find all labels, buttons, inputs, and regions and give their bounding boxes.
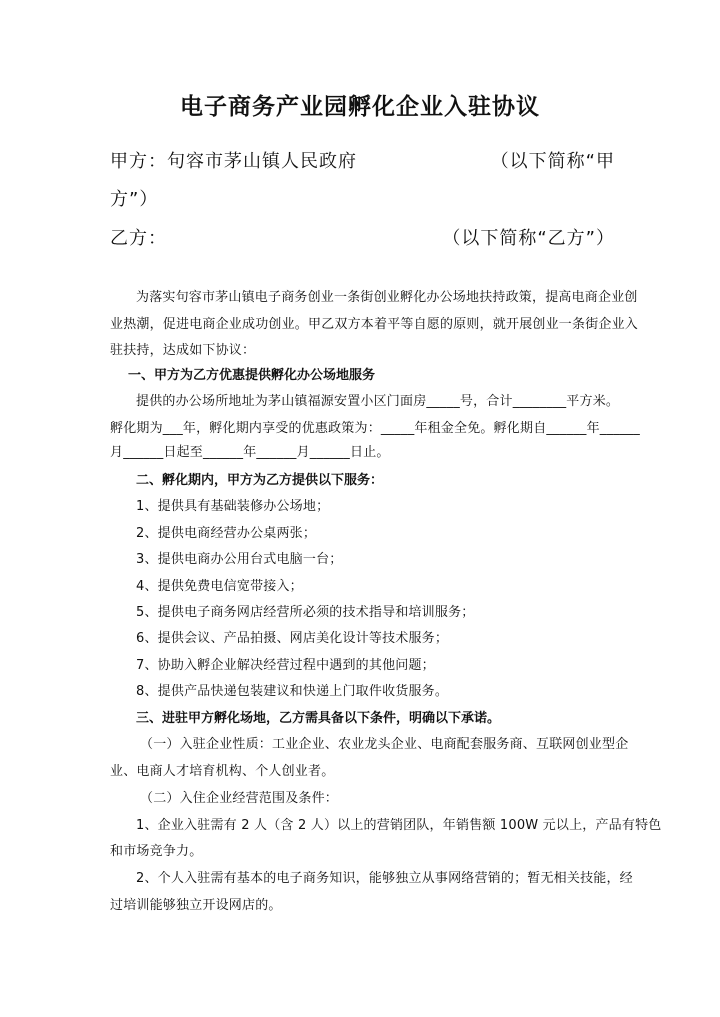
service-item: 1、提供具有基础装修办公场地；: [136, 500, 641, 513]
preamble-line-1: 为落实句容市茅山镇电子商务创业一条街创业孵化办公场地扶持政策，提高电商企业创: [110, 291, 641, 304]
service-item: 5、提供电子商务网店经营所必须的技术指导和培训服务；: [136, 606, 641, 619]
service-item: 2、提供电商经营办公桌两张；: [136, 527, 641, 540]
party-a-alias: （以下简称“甲: [491, 153, 615, 171]
service-item: 8、提供产品快递包装建议和快递上门取件收货服务。: [136, 685, 641, 698]
condition2-line-1: 2、个人入驻需有基本的电子商务知识，能够独立从事网络营销的；暂无相关技能，经: [110, 872, 641, 885]
party-a-line: 甲方：句容市茅山镇人民政府 （以下简称“甲: [110, 153, 615, 171]
preamble-line-3: 驻扶持，达成如下协议：: [110, 344, 615, 357]
section1-line-1: 提供的办公场所地址为茅山镇福源安置小区门面房_____号，合计________平…: [110, 395, 641, 408]
service-item: 6、提供会议、产品拍摄、网店美化设计等技术服务；: [136, 632, 641, 645]
section3-sub2-heading: （二）入住企业经营范围及条件：: [110, 792, 645, 805]
section3-heading: 三、进驻甲方孵化场地，乙方需具备以下条件，明确以下承诺。: [136, 712, 641, 725]
section1-heading: 一、甲方为乙方优惠提供孵化办公场地服务: [128, 369, 633, 382]
section1-line-3: 月______日起至______年______月______日止。: [110, 446, 615, 459]
section3-sub1-line-1: （一）入驻企业性质：工业企业、农业龙头企业、电商配套服务商、互联网创业型企: [110, 738, 645, 751]
preamble-line-2: 业热潮，促进电商企业成功创业。甲乙双方本着平等自愿的原则，就开展创业一条街企业入: [110, 318, 615, 331]
condition1-line-2: 和市场竞争力。: [110, 845, 615, 858]
service-item: 7、协助入孵企业解决经营过程中遇到的其他问题；: [136, 659, 641, 672]
party-b-label: 乙方：: [110, 228, 167, 249]
party-a-alias-continued: 方”）: [110, 191, 615, 209]
party-b-line: 乙方： （以下简称“乙方”）: [110, 230, 615, 248]
section3-sub1-line-2: 业、电商人才培育机构、个人创业者。: [110, 765, 615, 778]
section1-line-2: 孵化期为___年，孵化期内享受的优惠政策为：_____年租金全免。孵化期自___…: [110, 422, 615, 435]
service-item: 3、提供电商办公用台式电脑一台；: [136, 553, 641, 566]
document-page: 电子商务产业园孵化企业入驻协议 甲方：句容市茅山镇人民政府 （以下简称“甲 方”…: [0, 0, 720, 1017]
service-item: 4、提供免费电信宽带接入；: [136, 580, 641, 593]
condition2-line-2: 过培训能够独立开设网店的。: [110, 899, 615, 912]
party-b-alias: （以下简称“乙方”）: [442, 230, 615, 248]
document-title: 电子商务产业园孵化企业入驻协议: [0, 95, 720, 118]
condition1-line-1: 1、企业入驻需有 2 人（含 2 人）以上的营销团队，年销售额 100W 元以上…: [110, 819, 641, 832]
section2-heading: 二、孵化期内，甲方为乙方提供以下服务：: [136, 474, 641, 487]
party-a-label: 甲方：句容市茅山镇人民政府: [110, 151, 357, 172]
